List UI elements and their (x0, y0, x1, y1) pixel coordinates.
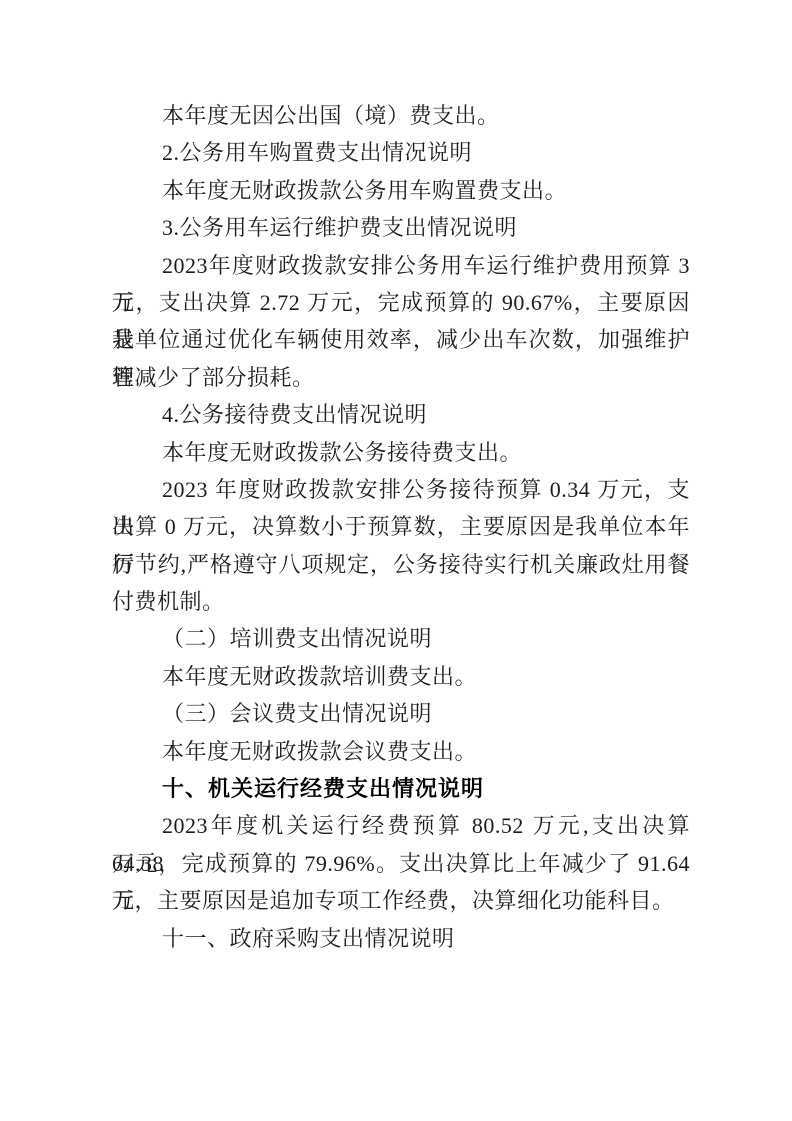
paragraph-reception-line-2: 决算 0 万元，决算数小于预算数，主要原因是我单位本年厉 (112, 508, 690, 545)
paragraph-no-meeting-expense: 本年度无财政拨款会议费支出。 (112, 733, 690, 770)
text-column: 本年度无因公出国（境）费支出。 2.公务用车购置费支出情况说明 本年度无财政拨款… (112, 97, 690, 957)
subheading-meeting-expense: （三）会议费支出情况说明 (112, 695, 690, 732)
paragraph-vehicle-maintenance-line-3: 我单位通过优化车辆使用效率，减少出车次数，加强维护管 (112, 321, 690, 358)
paragraph-no-abroad-expense: 本年度无因公出国（境）费支出。 (112, 97, 690, 134)
paragraph-vehicle-maintenance-line-1: 2023年度财政拨款安排公务用车运行维护费用预算 3 万 (112, 247, 690, 284)
paragraph-vehicle-maintenance-line-4: 理减少了部分损耗。 (112, 359, 690, 396)
paragraph-operating-expense-line-3: 元，主要原因是追加专项工作经费，决算细化功能科目。 (112, 882, 690, 919)
document-page: 本年度无因公出国（境）费支出。 2.公务用车购置费支出情况说明 本年度无财政拨款… (0, 0, 792, 1121)
paragraph-no-training-expense: 本年度无财政拨款培训费支出。 (112, 658, 690, 695)
subheading-vehicle-maintenance: 3.公务用车运行维护费支出情况说明 (112, 209, 690, 246)
section-heading-operating-expense: 十、机关运行经费支出情况说明 (112, 770, 690, 807)
paragraph-operating-expense-line-2: 万元，完成预算的 79.96%。支出决算比上年减少了 91.64 万 (112, 845, 690, 882)
subheading-vehicle-purchase: 2.公务用车购置费支出情况说明 (112, 134, 690, 171)
subheading-official-reception: 4.公务接待费支出情况说明 (112, 396, 690, 433)
paragraph-operating-expense-line-1: 2023年度机关运行经费预算 80.52 万元,支出决算 64.38 (112, 807, 690, 844)
subheading-training-expense: （二）培训费支出情况说明 (112, 620, 690, 657)
paragraph-no-reception-expense: 本年度无财政拨款公务接待费支出。 (112, 434, 690, 471)
paragraph-reception-line-1: 2023 年度财政拨款安排公务接待预算 0.34 万元，支出 (112, 471, 690, 508)
paragraph-no-vehicle-purchase: 本年度无财政拨款公务用车购置费支出。 (112, 172, 690, 209)
paragraph-reception-line-4: 付费机制。 (112, 583, 690, 620)
paragraph-reception-line-3: 行节约,严格遵守八项规定，公务接待实行机关廉政灶用餐 (112, 546, 690, 583)
section-heading-government-procurement: 十一、政府采购支出情况说明 (112, 920, 690, 957)
paragraph-vehicle-maintenance-line-2: 元，支出决算 2.72 万元，完成预算的 90.67%，主要原因是 (112, 284, 690, 321)
